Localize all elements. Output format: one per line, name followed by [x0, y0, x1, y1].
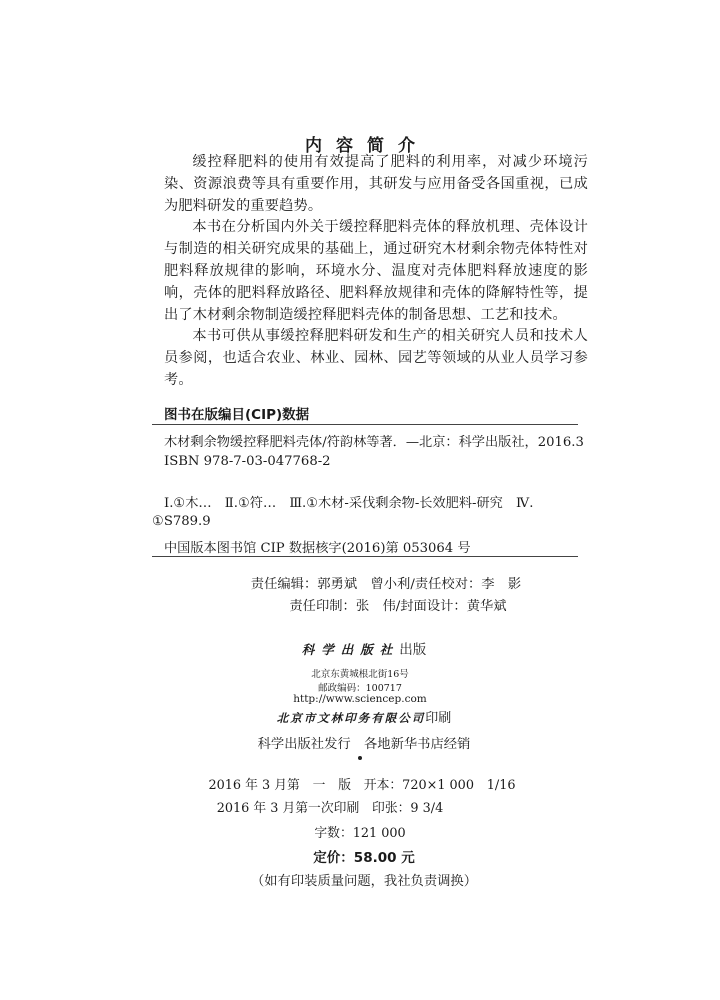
- distribution-line: 科学出版社发行 各地新华书店经销: [4, 733, 720, 752]
- cip-approval-number: 中国版本图书馆 CIP 数据核字(2016)第 053064 号: [164, 537, 471, 556]
- printer-line: 北京市文林印务有限公司印刷: [4, 707, 720, 726]
- printing-info: 2016 年 3 月第一次印刷 印张：9 3/4: [0, 797, 690, 816]
- cip-classification-number: ①S789.9: [152, 514, 211, 529]
- intro-paragraph: 本书在分析国内外关于缓控释肥料壳体的释放机理、壳体设计与制造的相关研究成果的基础…: [164, 217, 588, 326]
- publisher-suffix: 出版: [399, 642, 426, 658]
- edition-info: 2016 年 3 月第 一 版 开本：720×1 000 1/16: [2, 774, 720, 793]
- publisher-url: http://www.sciencep.com: [0, 693, 720, 705]
- cip-top-rule: [152, 424, 578, 425]
- publisher-address: 北京东黄城根北街16号: [0, 666, 720, 680]
- cip-bottom-rule: [152, 556, 578, 557]
- printer-suffix: 印刷: [425, 711, 451, 726]
- copyright-page: 内容简介 缓控释肥料的使用有效提高了肥料的利用率，对减少环境污染、资源浪费等具有…: [0, 0, 720, 1000]
- intro-body: 缓控释肥料的使用有效提高了肥料的利用率，对减少环境污染、资源浪费等具有重要作用，…: [164, 152, 588, 392]
- cip-classification: Ⅰ.①木… Ⅱ.①符… Ⅲ.①木材-采伐剩余物-长效肥料-研究 Ⅳ.: [164, 492, 533, 511]
- cip-heading: 图书在版编目(CIP)数据: [164, 403, 309, 423]
- price: 定价：58.00 元: [4, 846, 720, 866]
- publisher-name: 科学出版社: [302, 642, 400, 657]
- cip-title-line: 木材剩余物缓控释肥料壳体/符韵林等著．—北京：科学出版社，2016.3: [164, 431, 584, 450]
- intro-paragraph: 缓控释肥料的使用有效提高了肥料的利用率，对减少环境污染、资源浪费等具有重要作用，…: [164, 152, 588, 217]
- cip-isbn: ISBN 978-7-03-047768-2: [164, 454, 331, 469]
- separator-dot: [358, 756, 362, 760]
- production-credits: 责任印制：张 伟/封面设计：黄华斌: [38, 595, 720, 614]
- printer-name: 北京市文林印务有限公司: [277, 711, 426, 725]
- publisher-postcode: 邮政编码：100717: [0, 680, 720, 694]
- word-count: 字数：121 000: [0, 822, 720, 841]
- intro-paragraph: 本书可供从事缓控释肥料研发和生产的相关研究人员和技术人员参阅，也适合农业、林业、…: [164, 326, 588, 391]
- editor-credits: 责任编辑：郭勇斌 曾小利/责任校对：李 影: [26, 573, 720, 592]
- publisher-line: 科学出版社出版: [4, 638, 720, 658]
- quality-notice: （如有印装质量问题，我社负责调换）: [4, 870, 720, 889]
